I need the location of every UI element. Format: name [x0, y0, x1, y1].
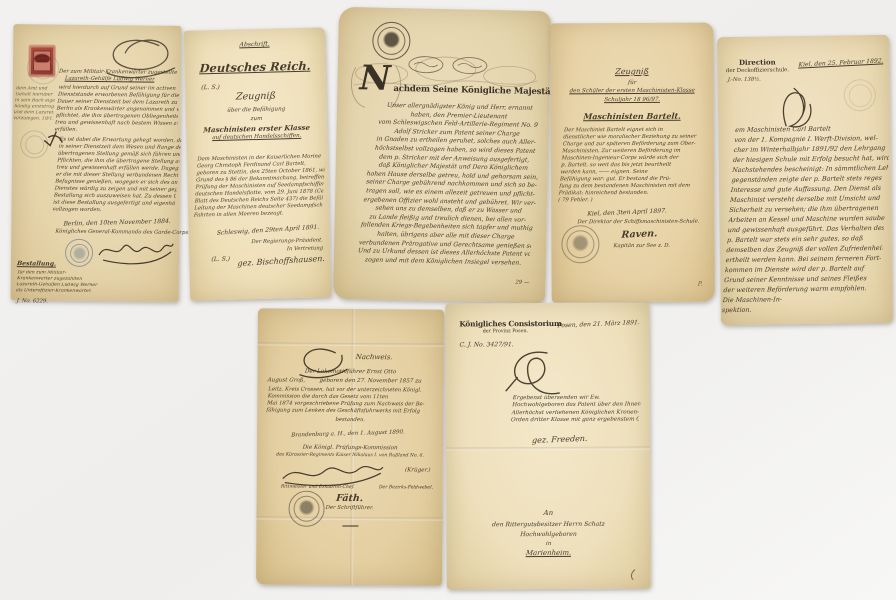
zeugnis-heading: Zeugniß [185, 89, 327, 103]
zeugnis-heading: Zeugniß [550, 67, 714, 78]
locus-sigilli-2: (L. S.) [211, 256, 230, 265]
initial-flourish [503, 347, 561, 399]
body-text: Ergebenst übersenden wir Ew.Hochwohlgebo… [511, 395, 641, 425]
eagle-ink-stamp [288, 491, 324, 527]
blue-ink-stamp [65, 239, 93, 267]
body-text: Leitz, Kreis Crossen, hat vor der unterz… [266, 386, 437, 415]
fuer-line: für [550, 80, 714, 88]
body-text: Der Maschinist Bartelt eignet sich indie… [558, 127, 707, 205]
handwritten-line: spektion. [722, 303, 879, 315]
place-date-line: Kiel, den 25. Februar 1892. [798, 57, 883, 70]
signature: Raven. [621, 228, 658, 240]
place-date-line: Berlin, den 10ten November 1884. [63, 218, 171, 229]
embossed-seal-stamp [27, 52, 59, 84]
document-consistorium-posen-1891: Königliches Consistorium der Provinz Pos… [445, 302, 650, 589]
document-nachweis-gross-1890: Nachweis. Der Lokomotivführer Ernst Otto… [256, 308, 444, 585]
body-paragraph-1: wird hierdurch auf Grund seiner im activ… [54, 85, 181, 135]
patent-body-text: Unser allergnädigster König und Herr, er… [357, 102, 547, 269]
signature: gez. Freeden. [532, 434, 588, 446]
journal-number: J.-No. 138½. [727, 77, 761, 84]
address-place: Marienheim. [446, 548, 651, 558]
docket-number: J. No. 6229. [16, 298, 48, 305]
place-date-line: Kiel, den 3ten April 1897. [587, 207, 667, 219]
handwritten-line: Hochwohlgeboren das Patent über den Ihne… [512, 402, 641, 410]
school-ink-stamp [561, 225, 599, 263]
address-honorific: Hochwohlgeboren [446, 530, 651, 540]
handwritten-line: fähigung zum Lenken des Geschäftsfuhrwer… [266, 407, 435, 415]
address-an: An [446, 508, 651, 518]
place-date-line: Schleswig, den 29ten April 1891. [217, 224, 320, 239]
name-line-rest: geboren den 27. November 1857 zu [319, 378, 422, 386]
bestanden-line: bestanden. [257, 416, 444, 424]
place-date-line: Brandenburg a. H., den 1. August 1890. [291, 429, 405, 439]
recipient-name: Lazareth-Gehülfe Ludwig Werner [65, 76, 155, 84]
docket-title: Bestallung. [17, 260, 57, 269]
handwritten-line: als Unteroffizier-Krankenwärter. [16, 288, 109, 295]
second-signature: Fäth. [256, 492, 443, 504]
corner-tick [628, 569, 637, 581]
address-name: den Rittergutsbesitzer Herrn Schatz [446, 520, 651, 530]
letterhead-line-2: der Provinz Posen. [459, 329, 551, 334]
handwritten-line: Orden dritter Klasse mit ganz ergebenste… [511, 416, 640, 424]
class-line: den Schüler der ersten Maschinisten-Klas… [550, 88, 714, 96]
body-text: Dem Maschinisten in der Kaiserlichen Mar… [194, 153, 326, 219]
letterhead-line-2: der Deckoffizierschule. [719, 67, 795, 75]
letterhead-line-1: Direction [725, 58, 789, 67]
dash-mark [342, 525, 358, 527]
document-officer-patent: N achdem Seine Königliche Majestät von P… [333, 7, 551, 303]
signature-rank: Kapitän zur See z. D. [613, 243, 670, 250]
abschrift-heading: Abschrift. [184, 39, 325, 51]
signature-flourish [281, 461, 385, 488]
margin-note: dem Amt undGehalt hierüberin sein Buch e… [13, 86, 57, 122]
letterhead-line-1: Königliches Consistorium [459, 319, 561, 329]
document-bestallung-1884: Der zum Militair-Krankenwärter zugestell… [11, 24, 182, 302]
body-paragraph-2: Es ist dabei die Erwartung gehegt worden… [52, 137, 182, 215]
signature-flourish [97, 233, 175, 268]
name-line-1: Der Lokomotivführer Ernst Otto [257, 368, 444, 377]
deutsches-reich-heading: Deutsches Reich. [184, 59, 326, 75]
signature: gez. Bischoffshausen. [237, 254, 325, 269]
signature-name-right: (Krüger.) [405, 467, 431, 474]
fold-crease [446, 446, 650, 450]
document-zeugnis-bartelt-1897: Zeugniß für den Schüler der ersten Masch… [550, 23, 714, 303]
photo-of-documents: Der zum Militair-Krankenwärter zugestell… [0, 0, 896, 600]
place-date-line: Posen, den 21. März 1891. [557, 319, 640, 331]
corner-annotation: P. [697, 281, 703, 290]
nachweis-heading: Nachweis. [355, 353, 393, 362]
in-vertretung-line: In Vertretung [229, 245, 323, 254]
handwritten-line: ( 79 Fehler. ) [558, 197, 702, 205]
director-line: Der Direktor der Schiffsmaschinisten-Sch… [577, 219, 700, 227]
rank-left: Rittmeister und Eskadron-Chef. [280, 485, 354, 492]
document-zeugnis-maschinist-1891: Abschrift. Deutsches Reich. (L. S.) Zeug… [184, 27, 332, 300]
pupil-name-line: Maschinisten Bartelt. [550, 111, 714, 122]
name-underlined: August Groß, [267, 377, 305, 385]
second-signature-role: Der Schriftführer. [256, 504, 443, 512]
committee-line-2: des Kürassier-Regiments Kaiser Nikolaus … [257, 452, 444, 459]
corner-annotation: 29 — [515, 280, 529, 287]
handwritten-line: vorzulegen. 19/11. [13, 116, 54, 122]
handwritten-line: vollzogen worden. [52, 207, 175, 215]
address-in: in [446, 540, 651, 548]
rank-right: Der Bezirks-Feldwebel. [378, 485, 433, 491]
embossed-seal-stamp [844, 79, 876, 111]
document-deckoffizierschule-1892: Direction der Deckoffizierschule. J.-No.… [717, 35, 893, 325]
docket-lines: für den zum Militair-Krankenwärter zugez… [16, 270, 110, 295]
handwritten-line: erfüllen. [54, 127, 177, 135]
body-text: em Maschinisten Carl Barteltvon der 1. K… [722, 123, 892, 315]
schoolyear-line: Schuljahr 18 96/97. [550, 97, 714, 105]
